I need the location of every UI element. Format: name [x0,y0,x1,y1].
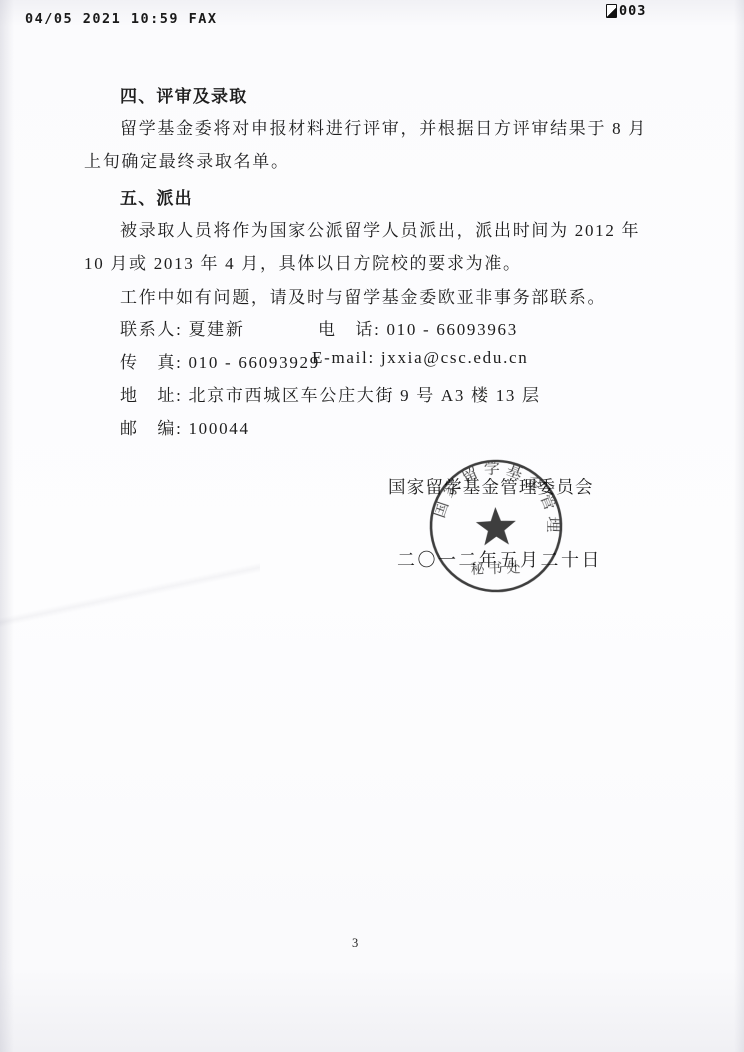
paper-edge-shadow-left [0,0,14,1052]
fax-page-counter: 003 [606,3,646,19]
section5-heading: 五、派出 [120,184,193,209]
section4-heading: 四、评审及录取 [120,82,247,107]
seal-bottom-text: 秘书处 [470,559,525,578]
paper-crease [0,560,260,630]
contact-note: 工作中如有问题，请及时与留学基金委欧亚非事务部联系。 [120,283,606,308]
scanned-fax-document-page: 04/05 2021 10:59 FAX 003 四、评审及录取 留学基金委将对… [0,0,744,1052]
contact-fax: 传 真: 010 - 66093929 [120,348,320,373]
contact-person: 联系人: 夏建新 [120,315,245,340]
contact-email: E-mail: jxxia@csc.edu.cn [312,348,528,368]
paper-edge-shadow-right [734,0,744,1052]
fax-page-counter-value: 003 [619,3,646,19]
section4-line2: 上旬确定最终录取名单。 [84,147,290,172]
contact-postcode: 邮 编: 100044 [120,414,250,439]
fax-timestamp: 04/05 2021 10:59 FAX [25,11,218,27]
section4-line1: 留学基金委将对申报材料进行评审，并根据日方评审结果于 8 月 [120,114,647,139]
section5-line2: 10 月或 2013 年 4 月，具体以日方院校的要求为准。 [84,249,522,274]
contact-address: 地 址: 北京市西城区车公庄大街 9 号 A3 楼 13 层 [120,381,541,406]
star-icon [475,506,516,545]
section5-line1: 被录取人员将作为国家公派留学人员派出，派出时间为 2012 年 [120,216,640,241]
page-number: 3 [352,936,359,951]
document-icon [606,4,617,18]
official-seal: 国家留学基金管理委员会 秘书处 [409,439,583,613]
contact-phone: 电 话: 010 - 66093963 [318,315,518,340]
